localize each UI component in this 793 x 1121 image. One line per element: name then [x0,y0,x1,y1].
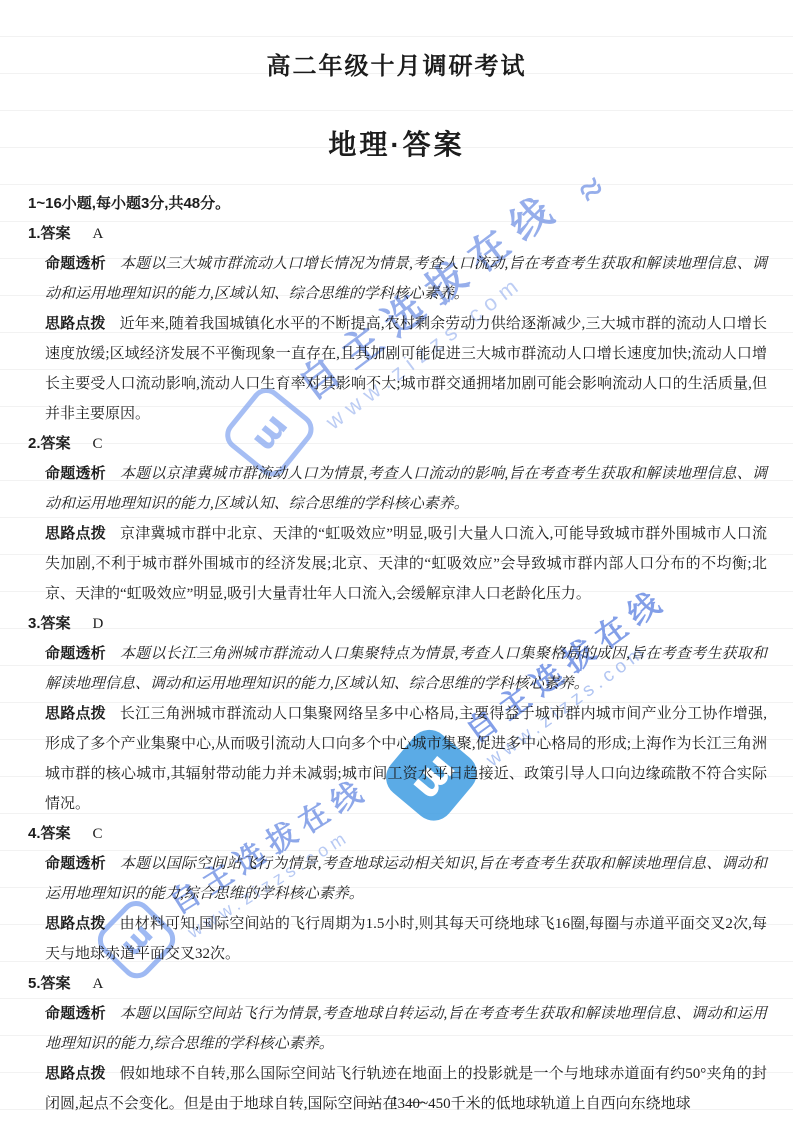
tips-label: 思路点拨 [45,525,106,542]
analysis-label: 命题透析 [45,255,106,272]
tips-paragraph: 思路点拨长江三角洲城市群流动人口集聚网络呈多中心格局,主要得益于城市群内城市间产… [45,699,767,819]
analysis-text: 本题以国际空间站飞行为情景,考查地球运动相关知识,旨在考查考生获取和解读地理信息… [45,856,767,902]
analysis-label: 命题透析 [45,855,106,872]
document-body: 高二年级十月调研考试 地理·答案 1~16小题,每小题3分,共48分。 1.答案… [0,0,793,1119]
tips-label: 思路点拨 [45,1065,106,1082]
analysis-text: 本题以长江三角洲城市群流动人口集聚特点为情景,考查人口集聚格局的成因,旨在考查考… [45,646,767,692]
analysis-paragraph: 命题透析本题以三大城市群流动人口增长情况为情景,考查人口流动,旨在考查考生获取和… [45,249,767,309]
analysis-text: 本题以三大城市群流动人口增长情况为情景,考查人口流动,旨在考查考生获取和解读地理… [45,256,767,302]
analysis-label: 命题透析 [45,645,106,662]
tips-text: 由材料可知,国际空间站的飞行周期为1.5小时,则其每天可绕地球飞16圈,每圈与赤… [45,916,767,962]
answer-item: 4.答案C 命题透析本题以国际空间站飞行为情景,考查地球运动相关知识,旨在考查考… [0,819,793,969]
item-number: 3. [28,615,41,632]
analysis-text: 本题以京津冀城市群流动人口为情景,考查人口流动的影响,旨在考查考生获取和解读地理… [45,466,767,512]
exam-answer-page: ɯ 自主选拔在线 www.zizzs.com ≈ ɯ 自主选拔在线 www.zi… [0,0,793,1121]
answer-label: 答案 [41,615,71,632]
analysis-text: 本题以国际空间站飞行为情景,考查地球自转运动,旨在考查考生获取和解读地理信息、调… [45,1006,767,1052]
answer-item: 3.答案D 命题透析本题以长江三角洲城市群流动人口集聚特点为情景,考查人口集聚格… [0,609,793,819]
answer-label: 答案 [41,975,71,992]
tips-paragraph: 思路点拨京津冀城市群中北京、天津的“虹吸效应”明显,吸引大量人口流入,可能导致城… [45,519,767,609]
analysis-paragraph: 命题透析本题以国际空间站飞行为情景,考查地球运动相关知识,旨在考查考生获取和解读… [45,849,767,909]
tips-paragraph: 思路点拨近年来,随着我国城镇化水平的不断提高,农村剩余劳动力供给逐渐减少,三大城… [45,309,767,429]
analysis-paragraph: 命题透析本题以京津冀城市群流动人口为情景,考查人口流动的影响,旨在考查考生获取和… [45,459,767,519]
answer-item: 1.答案A 命题透析本题以三大城市群流动人口增长情况为情景,考查人口流动,旨在考… [0,219,793,429]
analysis-label: 命题透析 [45,1005,106,1022]
answer-label: 答案 [41,225,71,242]
tips-paragraph: 思路点拨由材料可知,国际空间站的飞行周期为1.5小时,则其每天可绕地球飞16圈,… [45,909,767,969]
answer-letter: C [93,436,103,452]
analysis-paragraph: 命题透析本题以长江三角洲城市群流动人口集聚特点为情景,考查人口集聚格局的成因,旨… [45,639,767,699]
tips-label: 思路点拨 [45,915,106,932]
item-number: 2. [28,435,41,452]
analysis-paragraph: 命题透析本题以国际空间站飞行为情景,考查地球自转运动,旨在考查考生获取和解读地理… [45,999,767,1059]
answer-line: 1.答案A [28,219,765,249]
answer-item: 2.答案C 命题透析本题以京津冀城市群流动人口为情景,考查人口流动的影响,旨在考… [0,429,793,609]
tips-label: 思路点拨 [45,315,106,332]
analysis-label: 命题透析 [45,465,106,482]
tips-text: 京津冀城市群中北京、天津的“虹吸效应”明显,吸引大量人口流入,可能导致城市群外围… [45,526,767,602]
item-number: 4. [28,825,41,842]
item-number: 5. [28,975,41,992]
tips-text: 近年来,随着我国城镇化水平的不断提高,农村剩余劳动力供给逐渐减少,三大城市群的流… [45,316,767,422]
intro-line: 1~16小题,每小题3分,共48分。 [28,189,765,219]
page-title: 高二年级十月调研考试 [0,0,793,81]
answer-label: 答案 [41,435,71,452]
answer-letter: C [93,826,103,842]
page-number: — 1 — [0,1094,793,1111]
answer-line: 4.答案C [28,819,765,849]
answer-letter: D [93,616,104,632]
answer-line: 5.答案A [28,969,765,999]
tips-label: 思路点拨 [45,705,106,722]
answer-line: 2.答案C [28,429,765,459]
tips-text: 长江三角洲城市群流动人口集聚网络呈多中心格局,主要得益于城市群内城市间产业分工协… [45,706,767,812]
page-subtitle: 地理·答案 [0,81,793,163]
answer-line: 3.答案D [28,609,765,639]
item-number: 1. [28,225,41,242]
answer-label: 答案 [41,825,71,842]
answer-letter: A [93,226,104,242]
answer-letter: A [93,976,104,992]
